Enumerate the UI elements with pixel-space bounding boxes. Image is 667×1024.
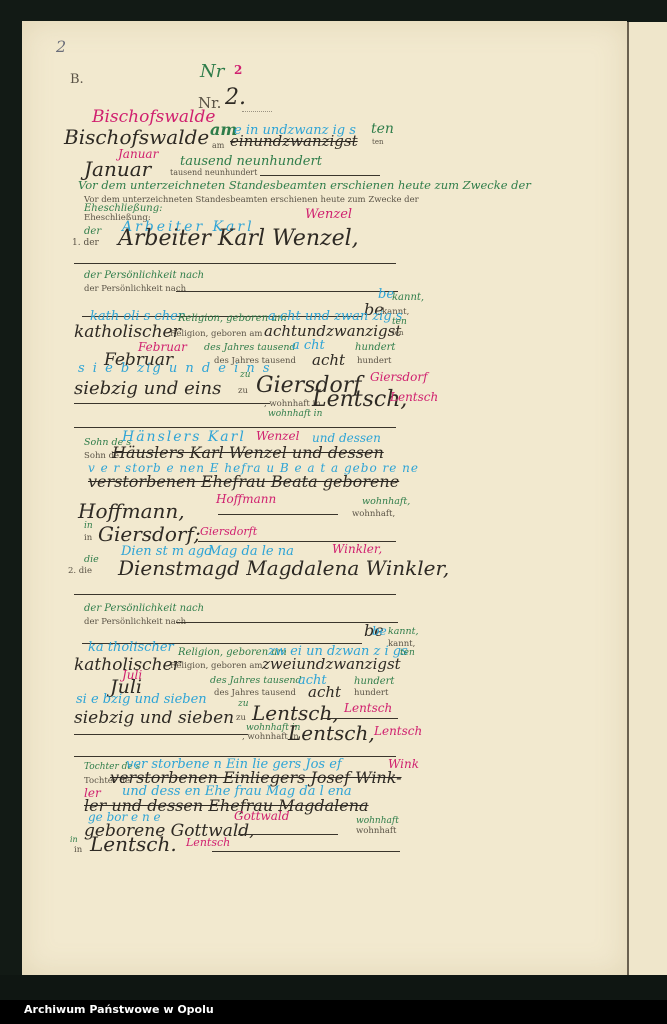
bride-hundert-print: hundert — [354, 689, 388, 698]
bride-wohnhaft-overlay: wohnhaft — [356, 817, 399, 826]
bride-identity-print: der Persönlichkeit nach — [84, 618, 186, 627]
groom-hundert-overlay: hundert — [355, 343, 395, 353]
bride-in-overlay: in — [70, 836, 78, 844]
bride-zu-overlay: zu — [238, 700, 249, 709]
place-hand: Bischofswalde — [64, 127, 209, 147]
groom-wohnhaft-print: wohnhaft, — [352, 510, 395, 519]
bride-century-hand: acht — [308, 685, 341, 700]
month-hand: Januar — [84, 159, 151, 179]
bride-religion-label-print: Religion, geboren am — [170, 662, 262, 671]
groom-ten-print: ten — [392, 330, 403, 337]
ten-print: ten — [372, 139, 383, 146]
groom-birth-year-hand: siebzig und eins — [74, 380, 221, 398]
bride-parents-place-hand: Lentsch. — [90, 834, 177, 854]
intro-overlay: Vor dem unterzeichneten Standesbeamten e… — [78, 180, 531, 192]
bride-wohnhaft-print: wohnhaft — [356, 827, 396, 836]
groom-in-print: in — [84, 534, 92, 543]
groom-identity-overlay: der Persönlichkeit nach — [84, 271, 204, 281]
next-page-edge — [629, 22, 667, 975]
groom-birth-day-hand: achtundzwanzigst — [264, 324, 401, 339]
groom-birth-place-overlay: Giersdorf — [370, 371, 428, 383]
groom-identity-print: der Persönlichkeit nach — [84, 285, 186, 294]
bride-birth-year-overlay: si e bzig und sieben — [76, 693, 207, 706]
groom-des-jahres-overlay: des Jahres tausend — [204, 343, 296, 353]
bride-birth-place-hand: Lentsch, — [252, 703, 339, 723]
groom-father-hand: Häuslers Karl Wenzel und dessen — [112, 445, 384, 461]
groom-religion-label-print: Religion, geboren am — [170, 330, 262, 339]
groom-num-print: 1. der — [72, 239, 99, 248]
groom-zu-overlay: zu — [240, 371, 251, 380]
groom-religion-hand: katholischer — [74, 324, 181, 341]
groom-parents-place-overlay: Giersdorft — [200, 526, 257, 537]
bride-des-jahres-overlay: des Jahres tausend — [210, 676, 302, 686]
groom-kannt-overlay: kannt, — [392, 293, 424, 303]
groom-residence-overlay: Lentsch — [390, 391, 438, 403]
pencil-page-number: 2 — [56, 39, 66, 55]
bride-identity-overlay: der Persönlichkeit nach — [84, 604, 204, 614]
groom-zu-print: zu — [238, 387, 248, 396]
bride-surname-overlay: Winkler, — [332, 543, 382, 555]
groom-mother-maiden-hand: Hoffmann, — [78, 501, 185, 521]
document-page: 2 B. Nr 2 Nr. 2. Bischofswalde Bischofsw… — [22, 21, 627, 975]
year-print: tausend neunhundert — [170, 169, 257, 177]
groom-hundert-print: hundert — [357, 357, 391, 366]
nr-overlay: Nr — [200, 63, 224, 81]
nr-value-overlay: 2 — [234, 64, 242, 76]
bride-birth-day-hand: zweiundzwanzigst — [262, 657, 401, 672]
page-fold — [627, 22, 629, 975]
bride-religion-overlay: ka tholischer — [88, 641, 174, 654]
bride-name-hand: Dienstmagd Magdalena Winkler, — [118, 558, 449, 578]
year-overlay: tausend neunhundert — [180, 155, 322, 168]
bride-ten-overlay: ten — [400, 649, 415, 658]
day-hand: einundzwanzigst — [230, 134, 358, 149]
bride-in-print: in — [74, 846, 82, 855]
bride-num-print: 2. die — [68, 567, 92, 576]
groom-parents-place-hand: Giersdorf; — [98, 524, 201, 544]
bride-birth-place-overlay: Lentsch — [344, 702, 392, 714]
bride-des-jahres-print: des Jahres tausend — [214, 689, 296, 698]
bride-die-overlay: die — [84, 555, 99, 565]
bride-known-overlay: be — [372, 625, 387, 637]
groom-in-overlay: in — [84, 522, 93, 531]
groom-father-overlay: Hänslers Karl — [122, 430, 246, 444]
place-overlay: Bischofswalde — [92, 109, 215, 126]
groom-name-hand: Arbeiter Karl Wenzel, — [118, 228, 359, 250]
bride-zu-print: zu — [236, 714, 246, 723]
archive-name: Archiwum Państwowe w Opolu — [24, 1003, 214, 1016]
groom-surname-overlay: Wenzel — [305, 208, 352, 221]
groom-mother-maiden-overlay: Hoffmann — [216, 493, 276, 505]
ten-overlay: ten — [371, 122, 394, 136]
section-letter: B. — [70, 73, 84, 86]
groom-mother-hand: verstorbenen Ehefrau Beata geborene — [88, 474, 399, 490]
bride-kannt-overlay: kannt, — [388, 627, 419, 637]
bride-birth-year-hand: siebzig und sieben — [74, 710, 234, 727]
bride-residence-hand: Lentsch, — [288, 723, 375, 743]
groom-century-hand: acht — [312, 353, 345, 368]
bride-parents-place-overlay: Lentsch — [186, 837, 230, 848]
am-print: am — [212, 142, 224, 150]
nr-hand: 2. — [225, 87, 246, 109]
bride-residence-overlay: Lentsch — [374, 725, 422, 737]
bride-hundert-overlay: hundert — [354, 677, 394, 687]
groom-der-overlay: der — [84, 227, 101, 237]
groom-wohnhaft-overlay: wohnhaft, — [362, 497, 410, 507]
groom-father-surname-overlay: Wenzel — [256, 430, 299, 442]
